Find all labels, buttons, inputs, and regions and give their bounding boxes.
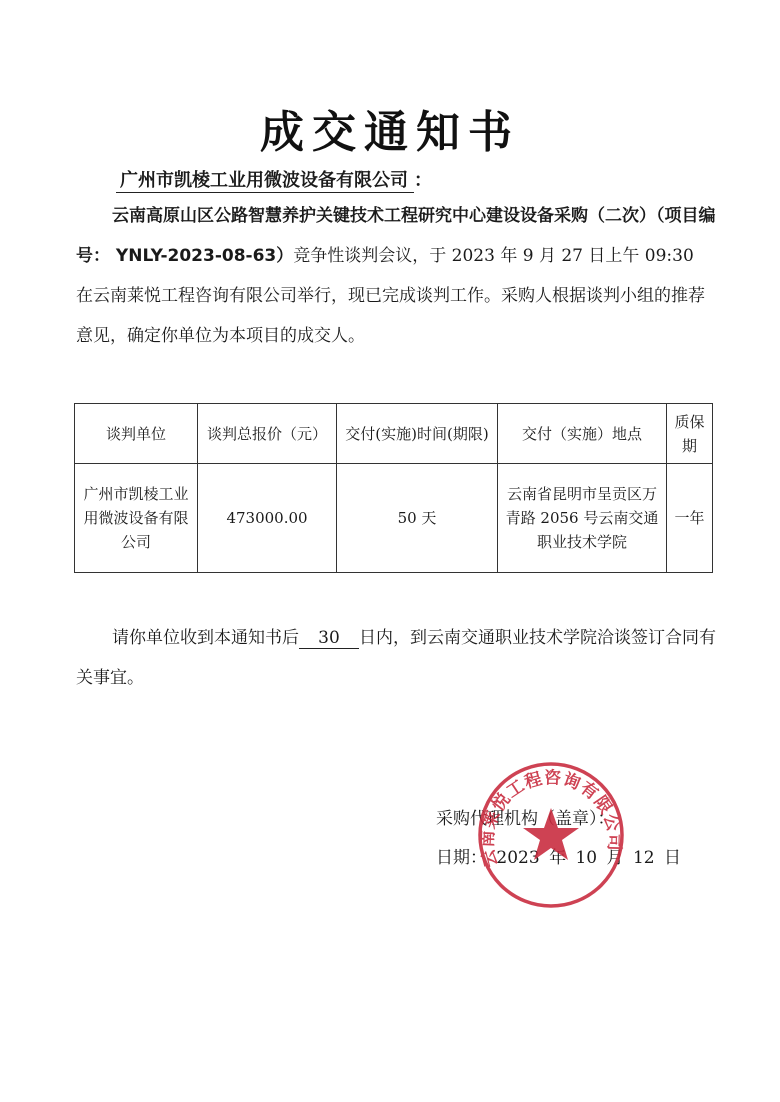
header-price: 谈判总报价（元） [198, 404, 337, 464]
notice-paragraph: 云南高原山区公路智慧养护关键技术工程研究中心建设设备采购（二次）（项目编号： Y… [76, 196, 716, 356]
date-month: 10 [575, 848, 597, 868]
document-title: 成交通知书 [0, 96, 780, 160]
cell-unit: 广州市凯棱工业用微波设备有限公司 [75, 464, 198, 573]
header-duration: 交付(实施)时间(期限) [337, 404, 498, 464]
table-row: 广州市凯棱工业用微波设备有限公司 473000.00 50 天 云南省昆明市呈贡… [75, 464, 713, 573]
signing-before: 请你单位收到本通知书后 [112, 628, 299, 648]
header-warranty: 质保期 [667, 404, 713, 464]
award-table: 谈判单位 谈判总报价（元） 交付(实施)时间(期限) 交付（实施）地点 质保期 … [74, 403, 713, 573]
date-label: 日期： [436, 848, 487, 868]
header-location: 交付（实施）地点 [498, 404, 667, 464]
signature-date: 日期： 2023 年 10 月 12 日 [436, 843, 681, 868]
recipient-line: 广州市凯棱工业用微波设备有限公司： [116, 166, 432, 192]
recipient-name: 广州市凯棱工业用微波设备有限公司 [116, 170, 414, 193]
date-year-unit: 年 [549, 848, 566, 868]
date-day-unit: 日 [664, 848, 681, 868]
date-year: 2023 [496, 848, 539, 868]
signing-paragraph: 请你单位收到本通知书后30日内，到云南交通职业技术学院洽谈签订合同有关事宜。 [76, 618, 716, 698]
date-month-unit: 月 [607, 848, 624, 868]
recipient-colon: ： [414, 170, 432, 191]
official-seal-icon: 云南莱悦工程咨询有限公司 [476, 760, 626, 910]
agency-label: 采购代理机构（盖章）： [436, 804, 615, 829]
project-name: 云南高原山区公路智慧养护关键技术工程研究中心建设设备采购（二次） [112, 206, 656, 226]
cell-location: 云南省昆明市呈贡区万青路 2056 号云南交通职业技术学院 [498, 464, 667, 573]
table-header-row: 谈判单位 谈判总报价（元） 交付(实施)时间(期限) 交付（实施）地点 质保期 [75, 404, 713, 464]
signing-days: 30 [299, 628, 359, 649]
cell-duration: 50 天 [337, 464, 498, 573]
cell-warranty: 一年 [667, 464, 713, 573]
date-day: 12 [633, 848, 655, 868]
header-unit: 谈判单位 [75, 404, 198, 464]
cell-price: 473000.00 [198, 464, 337, 573]
